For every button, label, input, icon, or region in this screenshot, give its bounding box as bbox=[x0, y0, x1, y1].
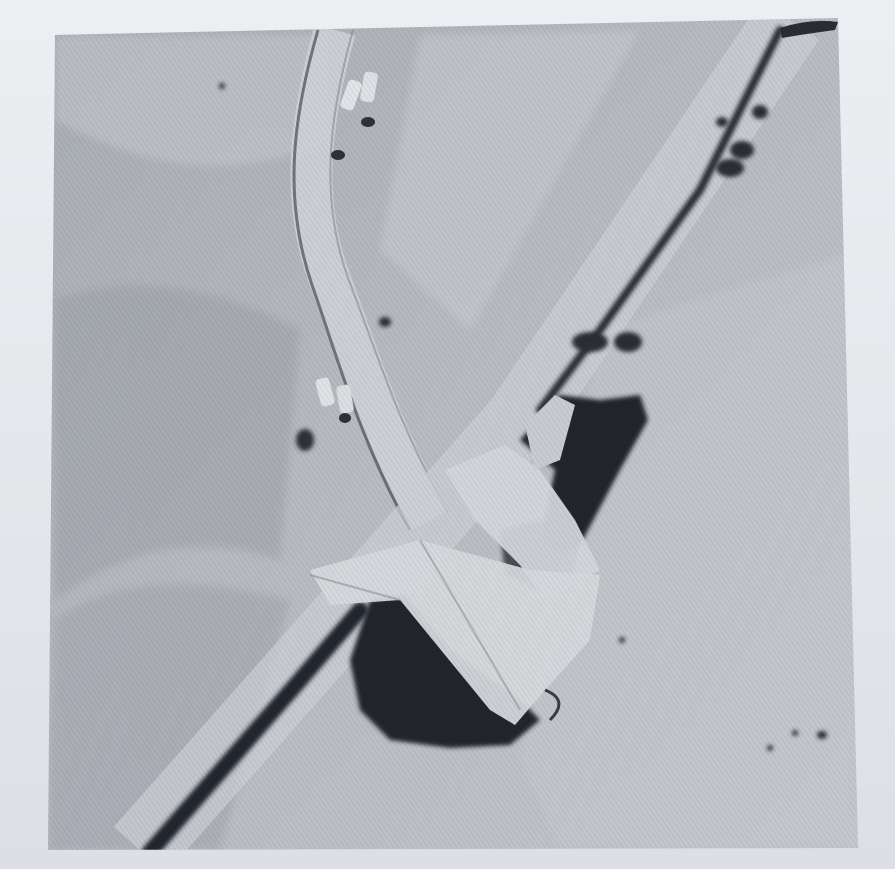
book-page bbox=[0, 0, 895, 869]
aerial-photograph bbox=[0, 0, 895, 869]
